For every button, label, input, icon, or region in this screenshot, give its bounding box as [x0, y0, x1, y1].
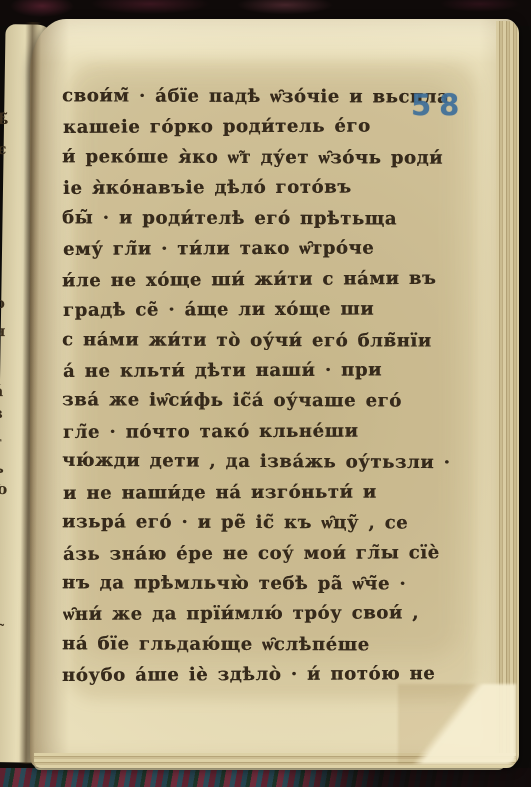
manuscript-line: іе я̀ко́навъіе дѣло́ гото́въ [63, 176, 465, 208]
facing-page-text-fragment: ъ [0, 461, 6, 476]
facing-page-text-fragment: , [0, 600, 4, 615]
manuscript-line: и не наши́де на́ изго́ньти́ и [63, 481, 465, 513]
facing-page-text-fragment: ѡ̃ [0, 622, 4, 637]
manuscript-line: на́ бїе гльдаю́ще ѡ̑слѣпе́ше [62, 633, 464, 665]
handwritten-text-block: свои́м̃ · а́бїе падѣ ѡ̑зо́чіе и вьспла к… [62, 86, 464, 695]
manuscript-line: и́ реко́ше я̀ко ѡ̃т ду́ет ѡ̑зо́чь роди́ [62, 146, 464, 178]
folio-number-stamp: 58 [411, 88, 467, 122]
facing-page-text-fragment: а́ [0, 384, 8, 399]
page-stack-fore-edge [496, 21, 519, 765]
manuscript-line: свои́м̃ · а́бїе падѣ ѡ̑зо́чіе и вьспла [62, 85, 464, 117]
facing-page-text-fragment: ю̀ [0, 482, 6, 497]
facing-page-text-fragment: о [0, 296, 9, 311]
manuscript-line: с на́ми жи́ти то̀ оу́чи́ его́ блв̃нїи [62, 329, 464, 361]
manuscript-line: кашеіе го́рко роди́тель е́го [63, 116, 465, 148]
facing-page-text-fragment: ѣ̃ [0, 112, 12, 127]
manuscript-line: градѣ се̃ · а́ще ли хо́ще ши [63, 298, 465, 330]
manuscript-line: ѡ̑ни́ же да прїи́млю́ тро́у свои́ , [63, 603, 465, 635]
manuscript-line: а́зь зна́ю е́ре не соу́ мои́ гл̃ы сїѐ [63, 542, 465, 574]
manuscript-line: но́убо а́ше іѐ здѣло̀ · и́ пото́ю не [62, 663, 464, 696]
manuscript-line: зва́ же іѡ̑си́фь іс̃а́ оу́чаше его́ [62, 390, 464, 422]
facing-page-text-fragment: т [0, 435, 7, 450]
manuscript-line: гл̃е · по́что тако́ кльне́ши [63, 420, 465, 452]
facing-page-text-fragment: з [0, 406, 7, 421]
manuscript-line: чю́жди дети , да ізва́жь оу́тьзли · [62, 450, 464, 483]
manuscript-photo: ѣ̃ є о н і а́ з т ъ ю̀ , ѡ̃ свои́м̃ · а́… [0, 0, 531, 787]
facing-page-text-fragment: є [0, 142, 11, 157]
facing-page-text-fragment: і [0, 356, 8, 371]
manuscript-line: нъ да прѣмльчю̀ тебѣ ра̃ ѡ̑ч̃е · [62, 572, 464, 604]
manuscript-line: изьра́ его́ · и ре̃ іс̃ къ ѡ̑цу̃ , се [62, 511, 464, 543]
facing-page-text-fragment: н [0, 324, 9, 339]
textile-background-bottom [0, 768, 531, 787]
manuscript-line: бы̃ · и роди́телѣ его́ прѣтьща [62, 207, 464, 239]
page-stack-bottom-edge [34, 753, 516, 768]
manuscript-line: ему́ гл̃и · ти́ли тако ѡ̑тро́че [63, 237, 465, 269]
manuscript-line: а́ не кльти́ дѣти наши́ · при [63, 359, 465, 391]
manuscript-line: и́ле не хо́ще ши́ жи́ти с на́ми въ [62, 267, 464, 300]
